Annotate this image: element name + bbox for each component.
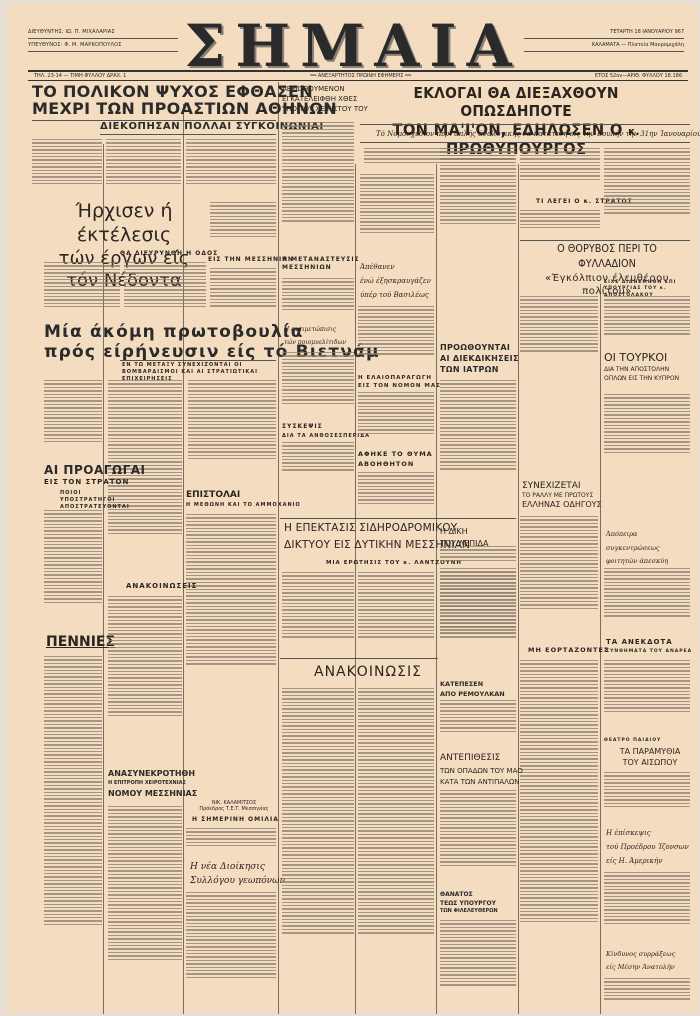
article-body bbox=[604, 870, 690, 942]
signature-title: Πρόεδρος Τ.Ε.Τ. Μεσσηνίας bbox=[194, 806, 274, 812]
elections-subhead: Τό Νομοσχέδιον περί άπλής άναλογικής θά … bbox=[376, 130, 700, 138]
slogan-text: ΑΝΕΞΑΡΤΗΤΟΣ ΠΡΩΙΝΗ ΕΦΗΜΕΡΙΣ bbox=[318, 73, 404, 79]
migration-headline: Η ΜΕΤΑΝΑΣΤΕΥΣΙΣ ΜΕΣΣΗΝΙΩΝ bbox=[282, 256, 360, 273]
article-body bbox=[282, 350, 354, 418]
leaflet-headline-line1: Ο ΘΟΡΥΒΟΣ ΠΕΡΙ ΤΟ ΦΥΛΛΑΔΙΟΝ bbox=[532, 242, 682, 272]
article-body bbox=[210, 266, 276, 321]
nedon-subhead: ΘΑ ΔΙΕΥΡΥΝΘΗ Η ΟΔΟΣ bbox=[120, 250, 218, 257]
article-body bbox=[44, 378, 102, 458]
visit-headline-line3: είς Η. Άμερικήν bbox=[606, 854, 689, 868]
death-minister-headline-line3: ΤΩΝ ΦΙΛΕΛΕΥΘΕΡΩΝ bbox=[440, 908, 498, 916]
tumor-headline-line1: ΑΦΗΚΕ ΤΟ ΘΥΜΑ bbox=[358, 450, 433, 460]
article-body bbox=[188, 378, 276, 483]
letters-subhead: Η ΜΕΘΩΝΗ ΚΑΙ ΤΟ ΑΜΜΟΧΑΝΙΟ bbox=[186, 502, 301, 508]
location-line: ΚΑΛΑΜΑΤΑ — Πλατεία Μαυρομιχάλη bbox=[524, 39, 684, 52]
died-headline-line1: Άπέθανεν bbox=[360, 260, 431, 274]
signature: ΝΙΚ. ΚΑΛΑΜΙΤΣΟΣ Πρόεδρος Τ.Ε.Τ. Μεσσηνία… bbox=[194, 800, 274, 812]
reanimation-headline-line2: Η ΕΠΙΤΡΟΠΗ ΧΕΙΡΟΤΕΧΝΙΑΣ bbox=[108, 780, 197, 788]
reanimation-headline-line1: ΑΝΑΣΥΝΕΚΡΟΤΗΘΗ bbox=[108, 768, 197, 780]
article-body bbox=[520, 146, 600, 194]
article-body bbox=[358, 304, 434, 370]
visit-headline-line2: τού Προέδρου Ίζονσων bbox=[606, 840, 689, 854]
aircraft-headline-line3: ΥΠΟ ΤΟΥ ΧΕΙΡΙΣΤΟΥ ΤΟΥ bbox=[282, 104, 368, 114]
article-body bbox=[32, 137, 102, 197]
death-minister-headline-line1: ΘΑΝΑΤΟΣ bbox=[440, 890, 498, 899]
rally-headline: ΣΥΝΕΧΙΖΕΤΑΙ ΤΟ ΡΑΛΛΥ ΜΕ ΠΡΩΤΟΥΣ ΕΛΛΗΝΑΣ … bbox=[522, 480, 602, 511]
olive-oil-headline-line1: Η ΕΛΑΙΟΠΑΡΑΓΩΓΗ bbox=[358, 374, 441, 382]
issue-number: ΕΤΟΣ 52ον—ΑΡΙΘ. ΦΥΛΛΟΥ 18.186 bbox=[595, 73, 682, 79]
article-body bbox=[282, 686, 354, 1008]
article-body bbox=[186, 137, 276, 197]
article-body bbox=[604, 294, 690, 346]
farmers-headline-line1: Η νέα Διοίκησις bbox=[190, 860, 285, 874]
article-body bbox=[186, 826, 276, 852]
masthead-dateline: ΤΕΤΑΡΤΗ 18 ΙΑΝΟΥΑΡΙΟΥ 967 ΚΑΛΑΜΑΤΑ — Πλα… bbox=[524, 26, 684, 52]
reanimation-headline-line3: ΝΟΜΟΥ ΜΕΣΣΗΝΙΑΣ bbox=[108, 788, 197, 800]
info-bar: ΤΗΛ. 23-14 — ΤΙΜΗ ΦΥΛΛΟΥ ΔΡΑΧ. 1 ══ ΑΝΕΞ… bbox=[28, 70, 688, 81]
article-body bbox=[282, 120, 354, 250]
turks-headline-line2: ΔΙΑ ΤΗΝ ΑΠΟΣΤΟΛΗΝ bbox=[604, 366, 679, 375]
article-body bbox=[360, 172, 434, 250]
article-body bbox=[210, 200, 276, 250]
doctors-headline: ΠΡΟΩΘΟΥΝΤΑΙ ΑΙ ΔΙΕΚΔΙΚΗΣΕΙΣ ΤΩΝ ΙΑΤΡΩΝ bbox=[440, 342, 519, 376]
farmers-headline: Η νέα Διοίκησις Συλλόγου γεωπόνων bbox=[190, 860, 285, 889]
turks-headline: ΟΙ ΤΟΥΡΚΟΙ ΔΙΑ ΤΗΝ ΑΠΟΣΤΟΛΗΝ ΟΠΛΩΝ ΕΙΣ Τ… bbox=[604, 350, 679, 383]
olive-oil-headline: Η ΕΛΑΙΟΠΑΡΑΓΩΓΗ ΕΙΣ ΤΟΝ ΝΟΜΟΝ ΜΑΣ bbox=[358, 374, 441, 391]
turks-headline-line3: ΟΠΛΩΝ ΕΙΣ ΤΗΝ ΚΥΠΡΟΝ bbox=[604, 375, 679, 384]
polio-headline-line2: τών ποιομυελίτιδων bbox=[284, 337, 346, 350]
promotions-headline-line2: ΕΙΣ ΤΟΝ ΣΤΡΑΤΟΝ bbox=[44, 478, 129, 486]
died-headline-line2: ένώ έξησκραυγάζεν bbox=[360, 274, 431, 288]
attempt-headline: Άπόπειρα συγκεντρώσεως φοιτητών άπεσκύη bbox=[606, 528, 668, 569]
article-body bbox=[358, 686, 434, 1008]
letters-headline: ΕΠΙΣΤΟΛΑΙ bbox=[186, 490, 240, 500]
died-headline-line3: ύπέρ τού Βασιλέως bbox=[360, 288, 431, 302]
pennies-headline: ΠΕΝΝΙΕΣ bbox=[46, 634, 115, 650]
director-line: ΔΙΕΥΘΥΝΤΗΣ: ΙΩ. Π. ΜΙΧΑΛΑΡΙΑΣ bbox=[28, 26, 178, 39]
counterattack-headline-line2: ΤΩΝ ΟΠΑΔΩΝ ΤΟΥ ΜΑΟ bbox=[440, 766, 523, 777]
newspaper-page: ΔΙΕΥΘΥΝΤΗΣ: ΙΩ. Π. ΜΙΧΑΛΑΡΙΑΣ ΥΠΕΥΘΥΝΟΣ:… bbox=[8, 4, 698, 1012]
article-body bbox=[604, 976, 690, 1008]
theatre-kicker: ΘΕΑΤΡΟ ΠΑΙΔΙΟΥ bbox=[604, 738, 661, 743]
rally-headline-line1: ΣΥΝΕΧΙΖΕΤΑΙ bbox=[522, 480, 602, 492]
rally-headline-line2: ΤΟ ΡΑΛΛΥ ΜΕ ΠΡΩΤΟΥΣ bbox=[522, 492, 602, 500]
article-body bbox=[604, 770, 690, 820]
article-body bbox=[440, 146, 516, 250]
aircraft-headline-line1: ΑΕΡΙΩΘΟΥΜΕΝΟΝ bbox=[282, 84, 368, 94]
article-body bbox=[604, 146, 690, 238]
article-body bbox=[604, 566, 690, 632]
article-body bbox=[108, 804, 182, 1009]
article-body bbox=[282, 276, 354, 320]
article-body bbox=[358, 570, 434, 656]
counterattack-headline-line3: ΚΑΤΑ ΤΩΝ ΑΝΤΙΠΑΛΩΝ bbox=[440, 777, 523, 788]
article-body bbox=[440, 788, 516, 890]
article-body bbox=[440, 544, 516, 566]
theatre-headline: ΤΑ ΠΑΡΑΜΥΘΙΑ ΤΟΥ ΑΙΣΩΠΟΥ bbox=[614, 746, 686, 768]
counterattack-headline-line1: ΑΝΤΕΠΙΘΕΣΙΣ bbox=[440, 752, 523, 766]
doctors-headline-line1: ΠΡΟΩΘΟΥΝΤΑΙ bbox=[440, 342, 519, 353]
meeting-headline: ΣΥΣΚΕΨΙΣ ΔΙΑ ΤΑ ΑΝΘΟΣΕΣΠΕΡΙΔΑ bbox=[282, 422, 370, 440]
doctors-headline-line2: ΑΙ ΔΙΕΚΔΙΚΗΣΕΙΣ bbox=[440, 353, 519, 364]
article-body bbox=[358, 470, 434, 514]
article-body bbox=[44, 508, 102, 628]
died-headline: Άπέθανεν ένώ έξησκραυγάζεν ύπέρ τού Βασι… bbox=[360, 260, 431, 302]
theatre-headline-line1: ΤΑ ΠΑΡΑΜΥΘΙΑ bbox=[614, 746, 686, 757]
article-body bbox=[358, 390, 434, 450]
article-body bbox=[440, 378, 516, 500]
tumor-headline: ΑΦΗΚΕ ΤΟ ΘΥΜΑ ΑΒΟΗΘΗΤΟΝ bbox=[358, 450, 433, 470]
article-body bbox=[520, 514, 598, 638]
collapsed-headline: ΚΑΤΕΠΕΣΕΝ ΑΠΟ ΡΕΜΟΥΛΚΑΝ bbox=[440, 680, 505, 700]
article-body bbox=[440, 566, 516, 656]
danger-headline: Κίνδυνος συρράξεως είς Μέσην Άνατολήν bbox=[606, 948, 675, 974]
death-minister-headline: ΘΑΝΑΤΟΣ ΤΕΩΣ ΥΠΟΥΡΓΟΥ ΤΩΝ ΦΙΛΕΛΕΥΘΕΡΩΝ bbox=[440, 890, 498, 916]
article-body bbox=[520, 294, 598, 366]
article-body bbox=[604, 658, 690, 732]
article-body bbox=[108, 594, 182, 754]
theatre-headline-line2: ΤΟΥ ΑΙΣΩΠΟΥ bbox=[614, 757, 686, 768]
article-body bbox=[282, 570, 354, 656]
attempt-headline-line2: συγκεντρώσεως bbox=[606, 542, 668, 556]
article-body bbox=[604, 392, 690, 472]
aircraft-headline-line2: ΕΓΚΑΤΕΛΕΙΦΘΗ ΧΘΕΣ bbox=[282, 94, 368, 104]
danger-headline-line1: Κίνδυνος συρράξεως bbox=[606, 948, 675, 961]
polio-headline: Η αντιμετώπισις τών ποιομυελίτιδων bbox=[284, 324, 346, 349]
date-line: ΤΕΤΑΡΤΗ 18 ΙΑΝΟΥΑΡΙΟΥ 967 bbox=[524, 26, 684, 39]
announcements-big-headline: ΑΝΑΚΟΙΝΩΣΙΣ bbox=[314, 664, 422, 680]
article-body bbox=[282, 440, 354, 480]
visit-headline: Η έπίσκεψις τού Προέδρου Ίζονσων είς Η. … bbox=[606, 826, 689, 868]
article-body bbox=[106, 137, 181, 197]
article-body bbox=[44, 260, 120, 322]
meeting-headline-line1: ΣΥΣΚΕΨΙΣ bbox=[282, 422, 370, 432]
masthead-title: ΣΗΜΑΙΑ bbox=[176, 22, 530, 70]
article-body bbox=[520, 658, 598, 1008]
danger-headline-line2: είς Μέσην Άνατολήν bbox=[606, 961, 675, 974]
collapsed-headline-line1: ΚΑΤΕΠΕΣΕΝ bbox=[440, 680, 505, 690]
counterattack-headline: ΑΝΤΕΠΙΘΕΣΙΣ ΤΩΝ ΟΠΑΔΩΝ ΤΟΥ ΜΑΟ ΚΑΤΑ ΤΩΝ … bbox=[440, 752, 523, 788]
promotions-headline-line1: ΑΙ ΠΡΟΑΓΩΓΑΙ bbox=[44, 464, 146, 477]
elections-headline-line1: ΕΚΛΟΓΑΙ ΘΑ ΔΙΕΞΑΧΘΟΥΝ ΟΠΩΣΔΗΠΟΤΕ bbox=[368, 84, 664, 120]
doctors-headline-line3: ΤΩΝ ΙΑΤΡΩΝ bbox=[440, 364, 519, 375]
non-celebrating-headline: ΜΗ ΕΟΡΤΑΖΟΝΤΕΣ bbox=[528, 646, 609, 654]
migration-headline-line1: Η ΜΕΤΑΝΑΣΤΕΥΣΙΣ bbox=[282, 256, 360, 264]
nedon-headline-line1: Ήρχισεν ή έκτέλεσις bbox=[44, 200, 204, 248]
rally-headline-line3: ΕΛΛΗΝΑΣ ΟΔΗΓΟΥΣ bbox=[522, 500, 602, 511]
unpublished-subhead: ΣΥΝΘΗΜΑΤΑ ΤΟΥ ΑΝΔΡΕΑ bbox=[606, 649, 692, 654]
unpublished-headline: ΤΑ ΑΝΕΚΔΟΤΑ bbox=[606, 638, 673, 646]
article-body bbox=[44, 654, 102, 1009]
announcements-small-headline: ΑΝΑΚΟΙΝΩΣΕΙΣ bbox=[126, 582, 197, 590]
migration-headline-line2: ΜΕΣΣΗΝΙΩΝ bbox=[282, 264, 360, 272]
article-body bbox=[440, 698, 516, 742]
reanimation-headline: ΑΝΑΣΥΝΕΚΡΟΤΗΘΗ Η ΕΠΙΤΡΟΠΗ ΧΕΙΡΟΤΕΧΝΙΑΣ Ν… bbox=[108, 768, 197, 800]
slogan: ══ ΑΝΕΞΑΡΤΗΤΟΣ ΠΡΩΙΝΗ ΕΦΗΜΕΡΙΣ ══ bbox=[310, 73, 411, 79]
article-body bbox=[186, 890, 276, 1010]
phone-price: ΤΗΛ. 23-14 — ΤΙΜΗ ΦΥΛΛΟΥ ΔΡΑΧ. 1 bbox=[34, 73, 126, 79]
article-body bbox=[186, 512, 276, 712]
farmers-headline-line2: Συλλόγου γεωπόνων bbox=[190, 874, 285, 888]
aircraft-headline: ΑΕΡΙΩΘΟΥΜΕΝΟΝ ΕΓΚΑΤΕΛΕΙΦΘΗ ΧΘΕΣ ΥΠΟ ΤΟΥ … bbox=[282, 84, 368, 114]
tumor-headline-line2: ΑΒΟΗΘΗΤΟΝ bbox=[358, 460, 433, 470]
today-speech-headline: Η ΣΗΜΕΡΙΝΗ ΟΜΙΛΙΑ bbox=[192, 816, 279, 823]
article-body bbox=[520, 208, 600, 238]
article-body bbox=[440, 918, 516, 1008]
attempt-headline-line1: Άπόπειρα bbox=[606, 528, 668, 542]
article-body bbox=[124, 260, 206, 322]
turks-headline-line1: ΟΙ ΤΟΥΡΚΟΙ bbox=[604, 350, 679, 366]
meeting-headline-line2: ΔΙΑ ΤΑ ΑΝΘΟΣΕΣΠΕΡΙΔΑ bbox=[282, 432, 370, 440]
death-minister-headline-line2: ΤΕΩΣ ΥΠΟΥΡΓΟΥ bbox=[440, 899, 498, 908]
visit-headline-line1: Η έπίσκεψις bbox=[606, 826, 689, 840]
masthead-credits: ΔΙΕΥΘΥΝΤΗΣ: ΙΩ. Π. ΜΙΧΑΛΑΡΙΑΣ ΥΠΕΥΘΥΝΟΣ:… bbox=[28, 26, 178, 52]
lepida-headline-line1: Η ΔΙΚΗ bbox=[440, 526, 488, 538]
polio-headline-line1: Η αντιμετώπισις bbox=[284, 324, 346, 337]
editor-line: ΥΠΕΥΘΥΝΟΣ: Φ. Μ. ΜΑΡΚΟΠΟΥΛΟΣ bbox=[28, 39, 178, 52]
